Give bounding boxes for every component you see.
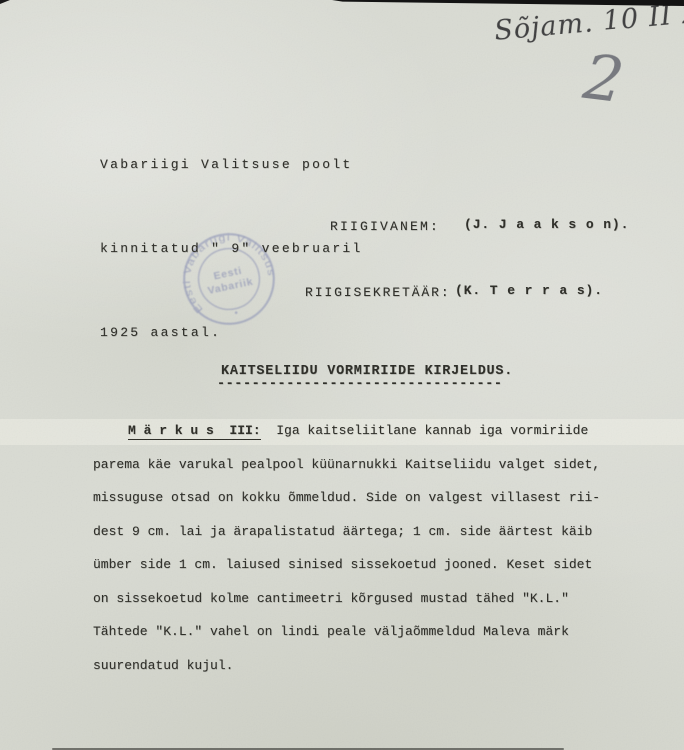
document-title-underline: --------------------------------- [217,377,503,392]
body-line-5: ümber side 1 cm. laiused sinised sisseko… [93,548,633,582]
approval-line-1: Vabariigi Valitsuse poolt [100,151,363,179]
approval-block: Vabariigi Valitsuse poolt kinnitatud " 9… [100,95,363,403]
approval-line-3: 1925 aastal. [100,319,363,347]
body-line-4: dest 9 cm. lai ja ärapalistatud äärtega;… [93,515,633,549]
body-line-1: M ä r k u s III: Iga kaitseliitlane kann… [93,414,633,448]
body-line-8: suurendatud kujul. [93,649,633,683]
riigivanem-title: RIIGIVANEM: [330,219,440,234]
body-line-1-rest: Iga kaitseliitlane kannab iga vormiriide [261,423,589,438]
scanned-document-page: Sõjam. 10 II 25 2 Vabariigi Valitsuse po… [0,0,684,750]
scan-edge-top-right [332,0,684,6]
handwritten-page-number: 2 [580,40,628,117]
riigisekretar-title: RIIGISEKRETÄÄR: [305,285,451,300]
body-line-3: missuguse otsad on kokku õmmeldud. Side … [93,481,633,515]
approval-line-2: kinnitatud " 9" veebruaril [100,235,363,263]
body-line-6: on sissekoetud kolme cantimeetri kõrguse… [93,582,633,616]
body-line-7: Tähtede "K.L." vahel on lindi peale välj… [93,615,633,649]
markus-iii-heading: M ä r k u s III: [128,423,261,440]
riigivanem-name: (J. J a a k s o n). [464,217,629,232]
body-paragraph: M ä r k u s III: Iga kaitseliitlane kann… [93,414,633,682]
scan-edge-top-left [0,0,10,4]
riigisekretar-name: (K. T e r r a s). [455,283,603,298]
body-line-2: parema käe varukal pealpool küünarnukki … [93,448,633,482]
